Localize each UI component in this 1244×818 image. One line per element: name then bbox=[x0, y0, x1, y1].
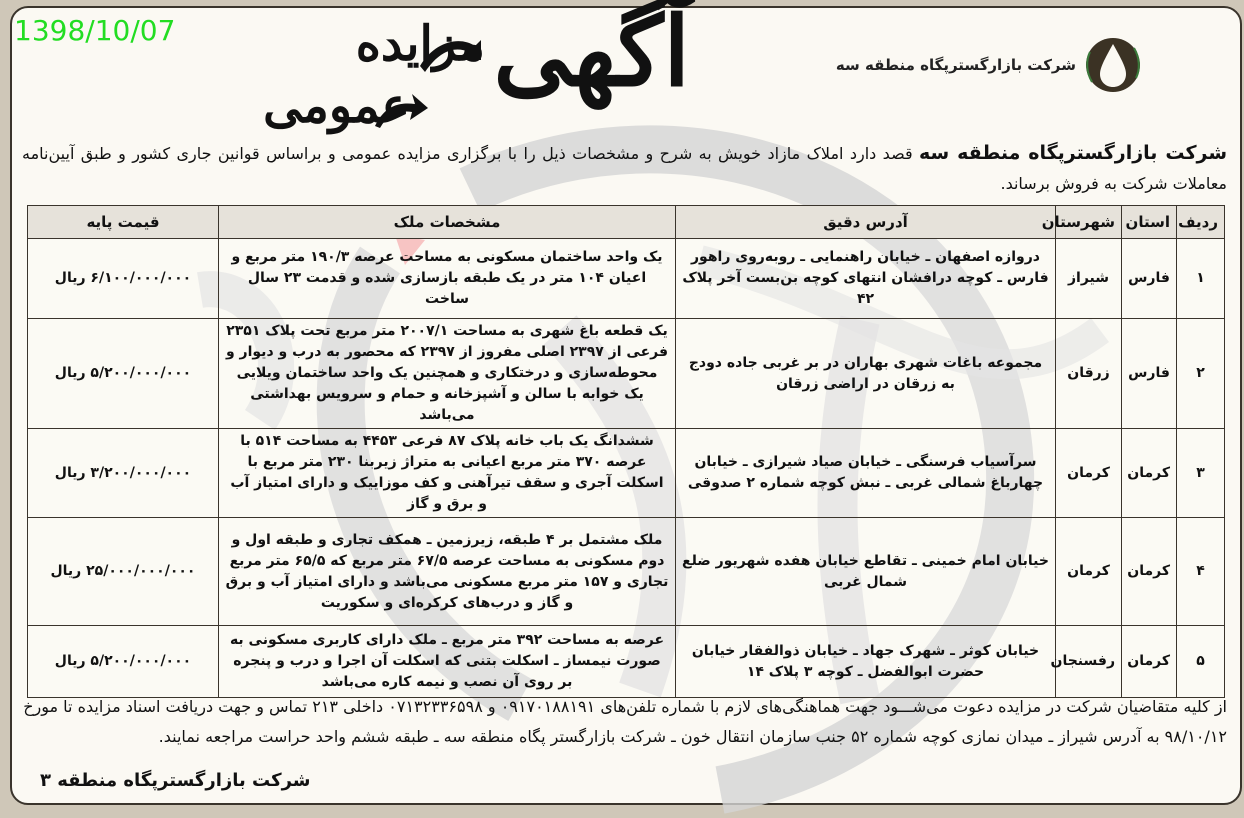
header-price: قیمت پایه bbox=[28, 206, 219, 239]
specs: یک واحد ساختمان مسکونی به مساحت عرصه ۱۹۰… bbox=[219, 239, 676, 319]
specs: ملک مشتمل بر ۴ طبقه، زیرزمین ـ همکف تجار… bbox=[219, 518, 676, 626]
city: زرقان bbox=[1056, 319, 1122, 429]
properties-table: ردیف استان شهرستان آدرس دقیق مشخصات ملک … bbox=[27, 205, 1225, 698]
city: شیراز bbox=[1056, 239, 1122, 319]
table-row: ۳ کرمان کرمان سرآسیاب فرسنگی ـ خیابان صی… bbox=[28, 429, 1225, 518]
province: فارس bbox=[1122, 319, 1177, 429]
table-row: ۴ کرمان کرمان خیابان امام خمینی ـ تقاطع … bbox=[28, 518, 1225, 626]
specs: عرصه به مساحت ۳۹۲ متر مربع ـ ملک دارای ک… bbox=[219, 626, 676, 698]
footer-signature: شرکت بازارگسترپگاه منطقه ۳ bbox=[40, 770, 310, 791]
province: کرمان bbox=[1122, 429, 1177, 518]
province: کرمان bbox=[1122, 518, 1177, 626]
ad-title: آگهی مزایده عمومی bbox=[200, 14, 700, 134]
row-number: ۱ bbox=[1177, 239, 1225, 319]
curved-arrow-icon bbox=[370, 90, 430, 130]
price: ۵/۲۰۰/۰۰۰/۰۰۰ ریال bbox=[28, 626, 219, 698]
header-address: آدرس دقیق bbox=[676, 206, 1056, 239]
company-logo: شرکت بازارگسترپگاه منطقه سه bbox=[836, 30, 1144, 100]
curved-arrow-icon bbox=[415, 36, 485, 76]
header-row-number: ردیف bbox=[1177, 206, 1225, 239]
table-row: ۱ فارس شیراز دروازه اصفهان ـ خیابان راهن… bbox=[28, 239, 1225, 319]
row-number: ۵ bbox=[1177, 626, 1225, 698]
header-province: استان bbox=[1122, 206, 1177, 239]
address: خیابان کوثر ـ شهرک جهاد ـ خیابان ذوالفقا… bbox=[676, 626, 1056, 698]
company-name: شرکت بازارگسترپگاه منطقه سه bbox=[836, 56, 1076, 74]
row-number: ۳ bbox=[1177, 429, 1225, 518]
address: مجموعه باغات شهری بهاران در بر غربی جاده… bbox=[676, 319, 1056, 429]
intro-paragraph: شرکت بازارگسترپگاه منطقه سه قصد دارد امل… bbox=[22, 138, 1227, 199]
table-row: ۲ فارس زرقان مجموعه باغات شهری بهاران در… bbox=[28, 319, 1225, 429]
table-row: ۵ کرمان رفسنجان خیابان کوثر ـ شهرک جهاد … bbox=[28, 626, 1225, 698]
table-header-row: ردیف استان شهرستان آدرس دقیق مشخصات ملک … bbox=[28, 206, 1225, 239]
city: کرمان bbox=[1056, 518, 1122, 626]
city: کرمان bbox=[1056, 429, 1122, 518]
address: سرآسیاب فرسنگی ـ خیابان صیاد شیرازی ـ خی… bbox=[676, 429, 1056, 518]
city: رفسنجان bbox=[1056, 626, 1122, 698]
title-main: آگهی bbox=[493, 4, 690, 100]
row-number: ۴ bbox=[1177, 518, 1225, 626]
row-number: ۲ bbox=[1177, 319, 1225, 429]
footer-paragraph: از کلیه متقاضیان شرکت در مزایده دعوت می‌… bbox=[22, 692, 1227, 752]
price: ۵/۲۰۰/۰۰۰/۰۰۰ ریال bbox=[28, 319, 219, 429]
date-stamp: 1398/10/07 bbox=[14, 14, 175, 47]
price: ۶/۱۰۰/۰۰۰/۰۰۰ ریال bbox=[28, 239, 219, 319]
price: ۲۵/۰۰۰/۰۰۰/۰۰۰ ریال bbox=[28, 518, 219, 626]
intro-company: شرکت بازارگسترپگاه منطقه سه bbox=[919, 142, 1227, 164]
header-city: شهرستان bbox=[1056, 206, 1122, 239]
drop-recycle-logo-icon bbox=[1082, 30, 1144, 100]
address: دروازه اصفهان ـ خیابان راهنمایی ـ روبه‌ر… bbox=[676, 239, 1056, 319]
province: کرمان bbox=[1122, 626, 1177, 698]
specs: ششدانگ یک باب خانه پلاک ۸۷ فرعی ۴۴۵۳ به … bbox=[219, 429, 676, 518]
header-specs: مشخصات ملک bbox=[219, 206, 676, 239]
specs: یک قطعه باغ شهری به مساحت ۲۰۰۷/۱ متر مرب… bbox=[219, 319, 676, 429]
address: خیابان امام خمینی ـ تقاطع خیابان هفده شه… bbox=[676, 518, 1056, 626]
province: فارس bbox=[1122, 239, 1177, 319]
price: ۳/۲۰۰/۰۰۰/۰۰۰ ریال bbox=[28, 429, 219, 518]
